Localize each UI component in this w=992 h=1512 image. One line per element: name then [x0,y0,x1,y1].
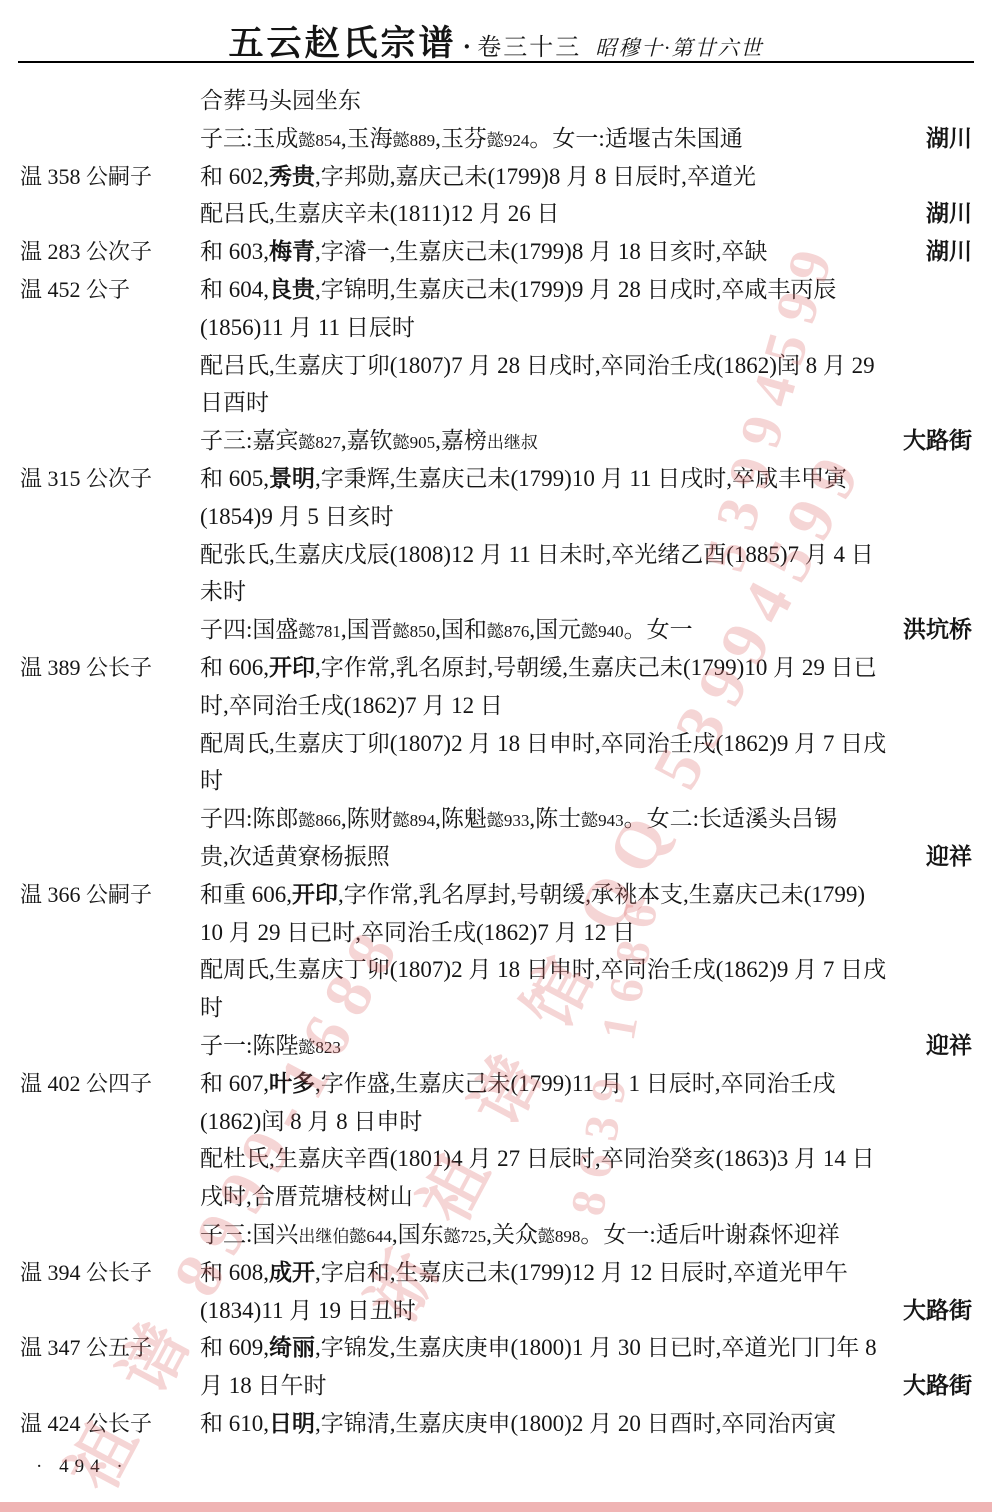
entry-line: 温 402 公四子和 607,叶多,字作盛,生嘉庆己未(1799)11 月 1 … [20,1065,972,1103]
entry-text: 和 602,秀贵,字邦勋,嘉庆己未(1799)8 月 8 日辰时,卒道光 [200,158,756,196]
entry-line: 子四:陈郎懿866,陈财懿894,陈魁懿933,陈士懿943。女二:长适溪头吕锡 [20,800,972,838]
entry-text: 和 610,日明,字锦清,生嘉庆庚申(1800)2 月 20 日酉时,卒同治丙寅 [200,1405,836,1443]
entry-text: 和 605,景明,字秉辉,生嘉庆己未(1799)10 月 11 日戌时,卒咸丰甲… [200,460,847,498]
entry-text: 贵,次适黄寮杨振照 [200,838,390,876]
entry-label: 温 347 公五子 [20,1329,152,1367]
entry-text: 配张氏,生嘉庆戊辰(1808)12 月 11 日未时,卒光绪乙酉(1885)7 … [200,536,874,574]
entry-text: 合葬马头园坐东 [200,82,361,120]
entry-line: 配周氏,生嘉庆丁卯(1807)2 月 18 日申时,卒同治壬戌(1862)9 月… [20,951,972,989]
place-name: 洪坑桥 [903,611,972,649]
entry-text: 时,卒同治壬戌(1862)7 月 12 日 [200,687,503,725]
entry-line: 日酉时 [20,384,972,422]
entry-line: 配吕氏,生嘉庆辛未(1811)12 月 26 日湖川 [20,195,972,233]
entry-line: 温 347 公五子和 609,绮丽,字锦发,生嘉庆庚申(1800)1 月 30 … [20,1329,972,1367]
entry-text: 戌时,合厝荒塘枝树山 [200,1178,413,1216]
entry-line: 时 [20,989,972,1027]
entry-text: 和 603,梅青,字濬一,生嘉庆己未(1799)8 月 18 日亥时,卒缺 [200,233,767,271]
entry-text: 子三:嘉宾懿827,嘉钦懿905,嘉榜出继叔 [200,422,538,462]
entry-text: (1854)9 月 5 日亥时 [200,498,394,536]
entry-line: 子三:国兴出继伯懿644,国东懿725,关众懿898。女一:适后叶谢森怀迎祥 [20,1216,972,1254]
entry-text: 和 607,叶多,字作盛,生嘉庆己未(1799)11 月 1 日辰时,卒同治壬戌 [200,1065,835,1103]
entry-line: 月 18 日午时大路街 [20,1367,972,1405]
entry-label: 温 283 公次子 [20,233,152,271]
place-name: 大路街 [903,422,972,460]
entry-line: (1862)闰 8 月 8 日申时 [20,1103,972,1141]
page-number: · 494 · [36,1456,129,1478]
entry-text: 配周氏,生嘉庆丁卯(1807)2 月 18 日申时,卒同治壬戌(1862)9 月… [200,725,886,763]
entry-text: 子四:国盛懿781,国晋懿850,国和懿876,国元懿940。女一 [200,611,693,651]
watermark-bottom-strip [0,1502,992,1512]
place-name: 湖川 [926,195,972,233]
place-name: 迎祥 [926,1027,972,1065]
entry-text: 子四:陈郎懿866,陈财懿894,陈魁懿933,陈士懿943。女二:长适溪头吕锡 [200,800,837,840]
page-header: 五云赵氏宗谱·卷三十三昭穆十·第廿六世 [0,16,992,66]
entry-line: 温 424 公长子和 610,日明,字锦清,生嘉庆庚申(1800)2 月 20 … [20,1405,972,1443]
entry-text: 10 月 29 日已时,卒同治壬戌(1862)7 月 12 日 [200,914,635,952]
entry-text: 和 604,良贵,字锦明,生嘉庆己未(1799)9 月 28 日戌时,卒咸丰丙辰 [200,271,836,309]
entry-label: 温 452 公子 [20,271,130,309]
genealogy-title: 五云赵氏宗谱 [229,24,457,63]
entry-line: 温 283 公次子和 603,梅青,字濬一,生嘉庆己未(1799)8 月 18 … [20,233,972,271]
genealogy-page: 五云赵氏宗谱·卷三十三昭穆十·第廿六世 合葬马头园坐东子三:玉成懿854,玉海懿… [0,0,992,1512]
entry-label: 温 424 公长子 [20,1405,152,1443]
entry-text: 配吕氏,生嘉庆辛未(1811)12 月 26 日 [200,195,559,233]
entry-line: 配周氏,生嘉庆丁卯(1807)2 月 18 日申时,卒同治壬戌(1862)9 月… [20,725,972,763]
place-name: 迎祥 [926,838,972,876]
entry-line: (1856)11 月 11 日辰时 [20,309,972,347]
entry-text: 配吕氏,生嘉庆丁卯(1807)7 月 28 日戌时,卒同治壬戌(1862)闰 8… [200,347,875,385]
entry-text: 和 606,开印,字作常,乳名原封,号朝缓,生嘉庆己未(1799)10 月 29… [200,649,877,687]
entry-line: 温 389 公长子和 606,开印,字作常,乳名原封,号朝缓,生嘉庆己未(179… [20,649,972,687]
entry-line: 10 月 29 日已时,卒同治壬戌(1862)7 月 12 日 [20,914,972,952]
entry-line: 合葬马头园坐东 [20,82,972,120]
place-name: 湖川 [926,120,972,158]
place-name: 湖川 [926,233,972,271]
place-name: 大路街 [903,1367,972,1405]
entry-label: 温 389 公长子 [20,649,152,687]
entry-line: 未时 [20,573,972,611]
entry-text: (1862)闰 8 月 8 日申时 [200,1103,422,1141]
entry-line: 子一:陈陛懿823迎祥 [20,1027,972,1065]
entry-line: (1854)9 月 5 日亥时 [20,498,972,536]
entry-text: (1834)11 月 19 日丑时 [200,1292,416,1330]
entry-text: 子一:陈陛懿823 [200,1027,341,1067]
entry-line: 温 394 公长子和 608,成开,字启和,生嘉庆己未(1799)12 月 12… [20,1254,972,1292]
entry-label: 温 315 公次子 [20,460,152,498]
header-rule [18,61,974,63]
entry-text: 子三:国兴出继伯懿644,国东懿725,关众懿898。女一:适后叶谢森怀迎祥 [200,1216,840,1256]
entry-text: 子三:玉成懿854,玉海懿889,玉芬懿924。女一:适堰古朱国通 [200,120,743,160]
entry-line: 子四:国盛懿781,国晋懿850,国和懿876,国元懿940。女一洪坑桥 [20,611,972,649]
entry-line: 子三:玉成懿854,玉海懿889,玉芬懿924。女一:适堰古朱国通湖川 [20,120,972,158]
place-name: 大路街 [903,1292,972,1330]
entry-line: 温 366 公嗣子和重 606,开印,字作常,乳名厚封,号朝缓,承祧本支,生嘉庆… [20,876,972,914]
entry-line: 温 358 公嗣子和 602,秀贵,字邦勋,嘉庆己未(1799)8 月 8 日辰… [20,158,972,196]
entry-text: 和重 606,开印,字作常,乳名厚封,号朝缓,承祧本支,生嘉庆己未(1799) [200,876,865,914]
entry-line: (1834)11 月 19 日丑时大路街 [20,1292,972,1330]
entry-line: 温 452 公子和 604,良贵,字锦明,生嘉庆己未(1799)9 月 28 日… [20,271,972,309]
entry-label: 温 394 公长子 [20,1254,152,1292]
entry-label: 温 366 公嗣子 [20,876,152,914]
entry-text: 和 608,成开,字启和,生嘉庆己未(1799)12 月 12 日辰时,卒道光甲… [200,1254,848,1292]
entry-line: 配张氏,生嘉庆戊辰(1808)12 月 11 日未时,卒光绪乙酉(1885)7 … [20,536,972,574]
entry-line: 贵,次适黄寮杨振照迎祥 [20,838,972,876]
body-lines: 合葬马头园坐东子三:玉成懿854,玉海懿889,玉芬懿924。女一:适堰古朱国通… [20,82,972,1443]
entry-line: 子三:嘉宾懿827,嘉钦懿905,嘉榜出继叔大路街 [20,422,972,460]
entry-line: 时,卒同治壬戌(1862)7 月 12 日 [20,687,972,725]
entry-text: 日酉时 [200,384,269,422]
volume-label: 卷三十三 [477,35,581,61]
entry-text: 时 [200,762,223,800]
generation-label: 昭穆十·第廿六世 [581,36,763,60]
entry-text: 配杜氏,生嘉庆辛酉(1801)4 月 27 日辰时,卒同治癸亥(1863)3 月… [200,1140,875,1178]
entry-text: 和 609,绮丽,字锦发,生嘉庆庚申(1800)1 月 30 日已时,卒道光冂冂… [200,1329,877,1367]
entry-text: 月 18 日午时 [200,1367,327,1405]
entry-text: (1856)11 月 11 日辰时 [200,309,415,347]
entry-label: 温 358 公嗣子 [20,158,152,196]
entry-label: 温 402 公四子 [20,1065,152,1103]
entry-line: 时 [20,762,972,800]
title-separator: · [457,32,478,61]
entry-line: 温 315 公次子和 605,景明,字秉辉,生嘉庆己未(1799)10 月 11… [20,460,972,498]
entry-text: 未时 [200,573,246,611]
entry-line: 配吕氏,生嘉庆丁卯(1807)7 月 28 日戌时,卒同治壬戌(1862)闰 8… [20,347,972,385]
entry-line: 戌时,合厝荒塘枝树山 [20,1178,972,1216]
entry-text: 配周氏,生嘉庆丁卯(1807)2 月 18 日申时,卒同治壬戌(1862)9 月… [200,951,886,989]
entry-text: 时 [200,989,223,1027]
entry-line: 配杜氏,生嘉庆辛酉(1801)4 月 27 日辰时,卒同治癸亥(1863)3 月… [20,1140,972,1178]
